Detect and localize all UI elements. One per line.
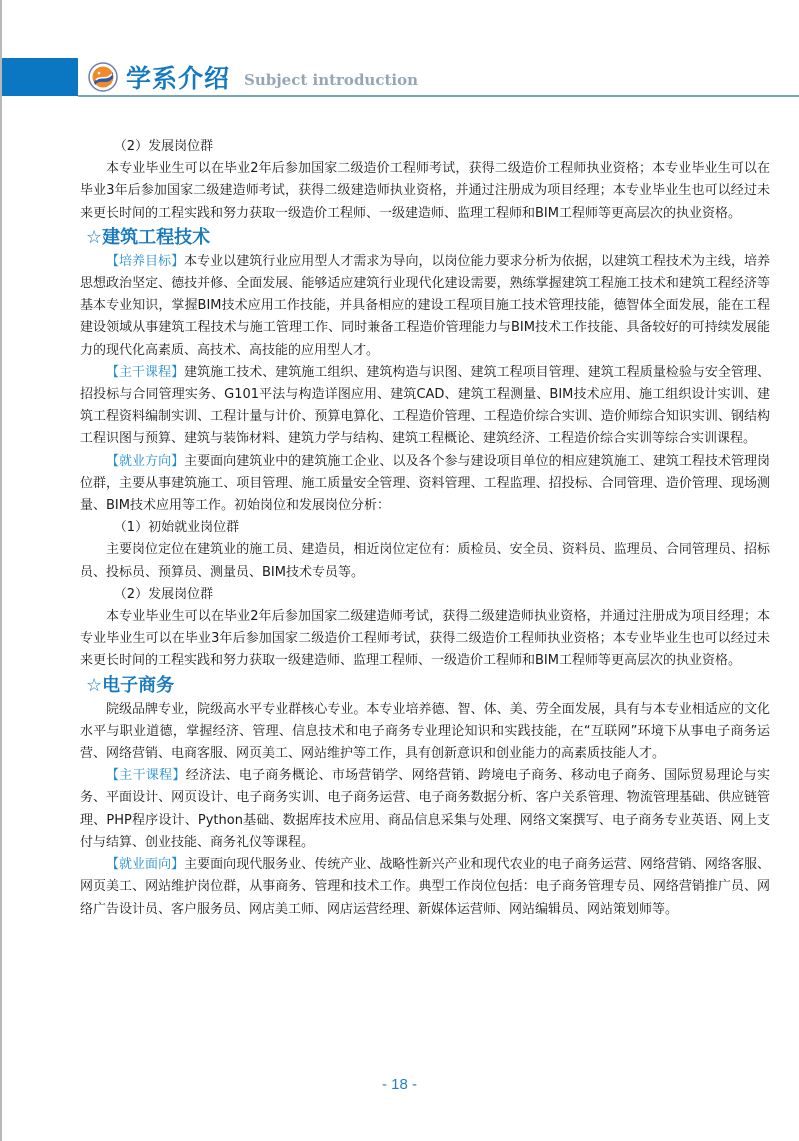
major-title: 电子商务 (102, 675, 174, 696)
paragraph-jobs: 【就业面向】主要面向现代服务业、传统产业、战略性新兴产业和现代农业的电子商务运营… (80, 854, 770, 921)
page-number: - 18 - (0, 1076, 799, 1093)
school-logo-icon (88, 62, 118, 92)
paragraph-jobs: 【就业方向】主要面向建筑业中的建筑施工企业、以及各个参与建设项目单位的相应建筑施… (80, 451, 770, 518)
label-tag: 【就业方向】 (106, 454, 184, 469)
header-accent-bar (2, 58, 78, 96)
label-tag: 【培养目标】 (106, 254, 184, 269)
major-heading: ☆建筑工程技术 (86, 225, 770, 251)
subheading: （1）初始就业岗位群 (80, 517, 770, 539)
paragraph-text: 主要面向建筑业中的建筑施工企业、以及各个参与建设项目单位的相应建筑施工、建筑工程… (80, 454, 770, 513)
paragraph-goal: 【培养目标】本专业以建筑行业应用型人才需求为导向，以岗位能力要求分析为依据，以建… (80, 251, 770, 362)
subheading: （2）发展岗位群 (80, 136, 770, 158)
paragraph-text: 本专业以建筑行业应用型人才需求为导向，以岗位能力要求分析为依据，以建筑工程技术为… (80, 254, 770, 358)
page-left-edge (0, 0, 2, 1141)
section-title-en: Subject introduction (244, 71, 418, 89)
paragraph: 本专业毕业生可以在毕业2年后参加国家二级造价工程师考试，获得二级造价工程师执业资… (80, 158, 770, 225)
paragraph-text: 主要面向现代服务业、传统产业、战略性新兴产业和现代农业的电子商务运营、网络营销、… (80, 857, 770, 916)
document-body: （2）发展岗位群 本专业毕业生可以在毕业2年后参加国家二级造价工程师考试，获得二… (80, 136, 770, 921)
star-icon: ☆ (86, 227, 102, 248)
star-icon: ☆ (86, 675, 102, 696)
section-title-cn: 学系介绍 (126, 59, 230, 95)
label-tag: 【主干课程】 (106, 768, 186, 783)
paragraph-courses: 【主干课程】经济法、电子商务概论、市场营销学、网络营销、跨境电子商务、移动电子商… (80, 765, 770, 854)
paragraph: 本专业毕业生可以在毕业2年后参加国家二级建造师考试，获得二级建造师执业资格，并通… (80, 606, 770, 673)
paragraph-intro: 院级品牌专业，院级高水平专业群核心专业。本专业培养德、智、体、美、劳全面发展，具… (80, 699, 770, 766)
header-divider (78, 95, 799, 97)
paragraph-text: 建筑施工技术、建筑施工组织、建筑构造与识图、建筑工程项目管理、建筑工程质量检验与… (80, 365, 770, 447)
paragraph: 主要岗位定位在建筑业的施工员、建造员，相近岗位定位有：质检员、安全员、资料员、监… (80, 539, 770, 583)
label-tag: 【就业面向】 (106, 857, 184, 872)
major-heading: ☆电子商务 (86, 673, 770, 699)
label-tag: 【主干课程】 (106, 365, 184, 380)
page-header: 学系介绍 Subject introduction (88, 60, 418, 94)
major-title: 建筑工程技术 (102, 227, 210, 248)
subheading: （2）发展岗位群 (80, 584, 770, 606)
paragraph-courses: 【主干课程】建筑施工技术、建筑施工组织、建筑构造与识图、建筑工程项目管理、建筑工… (80, 362, 770, 451)
